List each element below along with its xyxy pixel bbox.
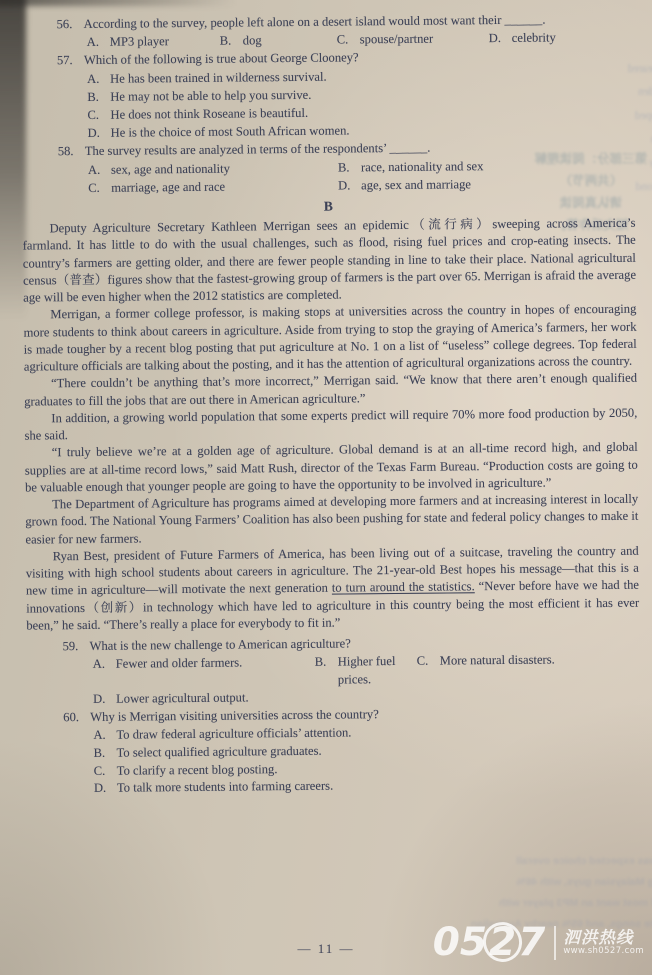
option-letter: D.: [489, 29, 512, 47]
option-letter: D.: [93, 691, 116, 709]
option-59-a: A.Fewer and older farmers.: [93, 654, 315, 692]
option-58-a: A.sex, age and nationality: [88, 158, 338, 179]
logo-circled-digit: 2: [487, 923, 518, 963]
option-56-b: B.dog: [220, 31, 337, 50]
question-number: 56.: [56, 15, 83, 33]
option-letter: D.: [338, 176, 361, 194]
option-text: sex, age and nationality: [111, 159, 230, 178]
option-text: He has been trained in wilderness surviv…: [110, 67, 327, 87]
option-58-c: C.marriage, age and race: [88, 176, 338, 197]
passage-paragraph: “There couldn’t be anything that’s more …: [24, 370, 637, 410]
watermark-site-url: www.sh0527.com: [563, 947, 644, 956]
passage-paragraph: The Department of Agriculture has progra…: [25, 491, 638, 549]
passage-paragraph-with-underline: Ryan Best, president of Future Farmers o…: [26, 542, 640, 634]
passage-paragraph: Merrigan, a former college professor, is…: [23, 301, 637, 376]
option-text: More natural disasters.: [440, 651, 555, 688]
question-57-options: A.He has been trained in wilderness surv…: [0, 64, 638, 143]
option-text: Lower agricultural output.: [116, 690, 249, 709]
option-text: spouse/partner: [360, 30, 434, 49]
option-56-c: C.spouse/partner: [337, 29, 489, 49]
questions-56-58: 56. According to the survey, people left…: [0, 0, 646, 198]
passage-paragraph: In addition, a growing world population …: [24, 404, 637, 444]
option-text: To talk more students into farming caree…: [117, 778, 333, 798]
option-59-b: B.Higher fuel prices.: [315, 653, 417, 690]
option-letter: D.: [88, 124, 111, 142]
question-number: 58.: [58, 142, 85, 160]
watermark: 0527 泗洪热线 www.sh0527.com: [433, 923, 644, 963]
option-56-d: D.celebrity: [489, 28, 633, 48]
question-number: 57.: [57, 51, 84, 69]
option-letter: B.: [220, 32, 243, 50]
watermark-site-name: 泗洪热线: [563, 929, 644, 947]
option-text: Higher fuel prices.: [338, 653, 417, 689]
question-60: 60. Why is Merrigan visiting universitie…: [0, 704, 644, 799]
option-letter: A.: [93, 727, 116, 745]
option-letter: C.: [94, 762, 117, 780]
question-number: 59.: [62, 638, 89, 656]
option-text: To draw federal agriculture officials’ a…: [116, 724, 351, 744]
option-56-a: A.MP3 player: [87, 32, 220, 51]
watermark-site-block: 泗洪热线 www.sh0527.com: [563, 929, 644, 956]
option-text: race, nationality and sex: [361, 157, 484, 176]
option-text: To select qualified agriculture graduate…: [116, 743, 321, 763]
logo-text: 05: [433, 920, 487, 965]
page-content: 56. According to the survey, people left…: [0, 0, 652, 799]
option-text: He does not think Roseane is beautiful.: [110, 104, 308, 124]
option-text: MP3 player: [110, 32, 169, 51]
option-text: Fewer and older farmers.: [116, 654, 243, 691]
option-letter: C.: [88, 179, 111, 197]
question-56: 56. According to the survey, people left…: [0, 10, 637, 53]
option-59-c: C.More natural disasters.: [417, 651, 639, 689]
question-58-options: A.sex, age and nationality B.race, natio…: [0, 155, 638, 198]
option-text: He is the choice of most South African w…: [111, 122, 350, 142]
question-59: 59. What is the new challenge to America…: [0, 633, 643, 710]
option-letter: A.: [87, 69, 110, 87]
option-text: age, sex and marriage: [361, 175, 471, 194]
questions-59-60: 59. What is the new challenge to America…: [0, 631, 652, 799]
underlined-phrase: to turn around the statistics.: [332, 580, 475, 595]
passage-paragraph: Deputy Agriculture Secretary Kathleen Me…: [22, 215, 636, 307]
question-60-options: A.To draw federal agriculture officials’…: [0, 722, 644, 799]
watermark-0527-logo: 0527: [433, 923, 546, 963]
option-letter: C.: [417, 652, 440, 688]
question-number: 60.: [63, 709, 90, 727]
option-letter: C.: [337, 31, 360, 49]
option-text: To clarify a recent blog posting.: [117, 761, 278, 780]
option-text: dog: [243, 31, 262, 49]
question-57: 57. Which of the following is true about…: [0, 46, 638, 143]
passage-paragraph: “I truly believe we’re at a golden age o…: [25, 439, 638, 497]
scanned-exam-page: 49. A. out 50. A. appeared 51. A. hidden…: [0, 0, 652, 975]
watermark-divider: [554, 926, 556, 960]
option-letter: A.: [87, 33, 110, 51]
option-letter: B.: [315, 653, 338, 689]
option-text: celebrity: [512, 29, 556, 48]
option-letter: B.: [93, 745, 116, 763]
question-58: 58. The survey results are analyzed in t…: [0, 137, 638, 198]
option-text: He may not be able to help you survive.: [110, 86, 311, 106]
reading-passage: Deputy Agriculture Secretary Kathleen Me…: [22, 215, 639, 635]
question-59-options: A.Fewer and older farmers. B.Higher fuel…: [0, 650, 643, 710]
option-letter: C.: [87, 106, 110, 124]
option-58-d: D.age, sex and marriage: [338, 174, 634, 195]
option-letter: B.: [338, 158, 361, 176]
option-letter: A.: [88, 160, 111, 178]
option-text: marriage, age and race: [111, 177, 225, 196]
option-letter: A.: [93, 656, 116, 692]
option-letter: D.: [94, 780, 117, 798]
option-letter: B.: [87, 88, 110, 106]
